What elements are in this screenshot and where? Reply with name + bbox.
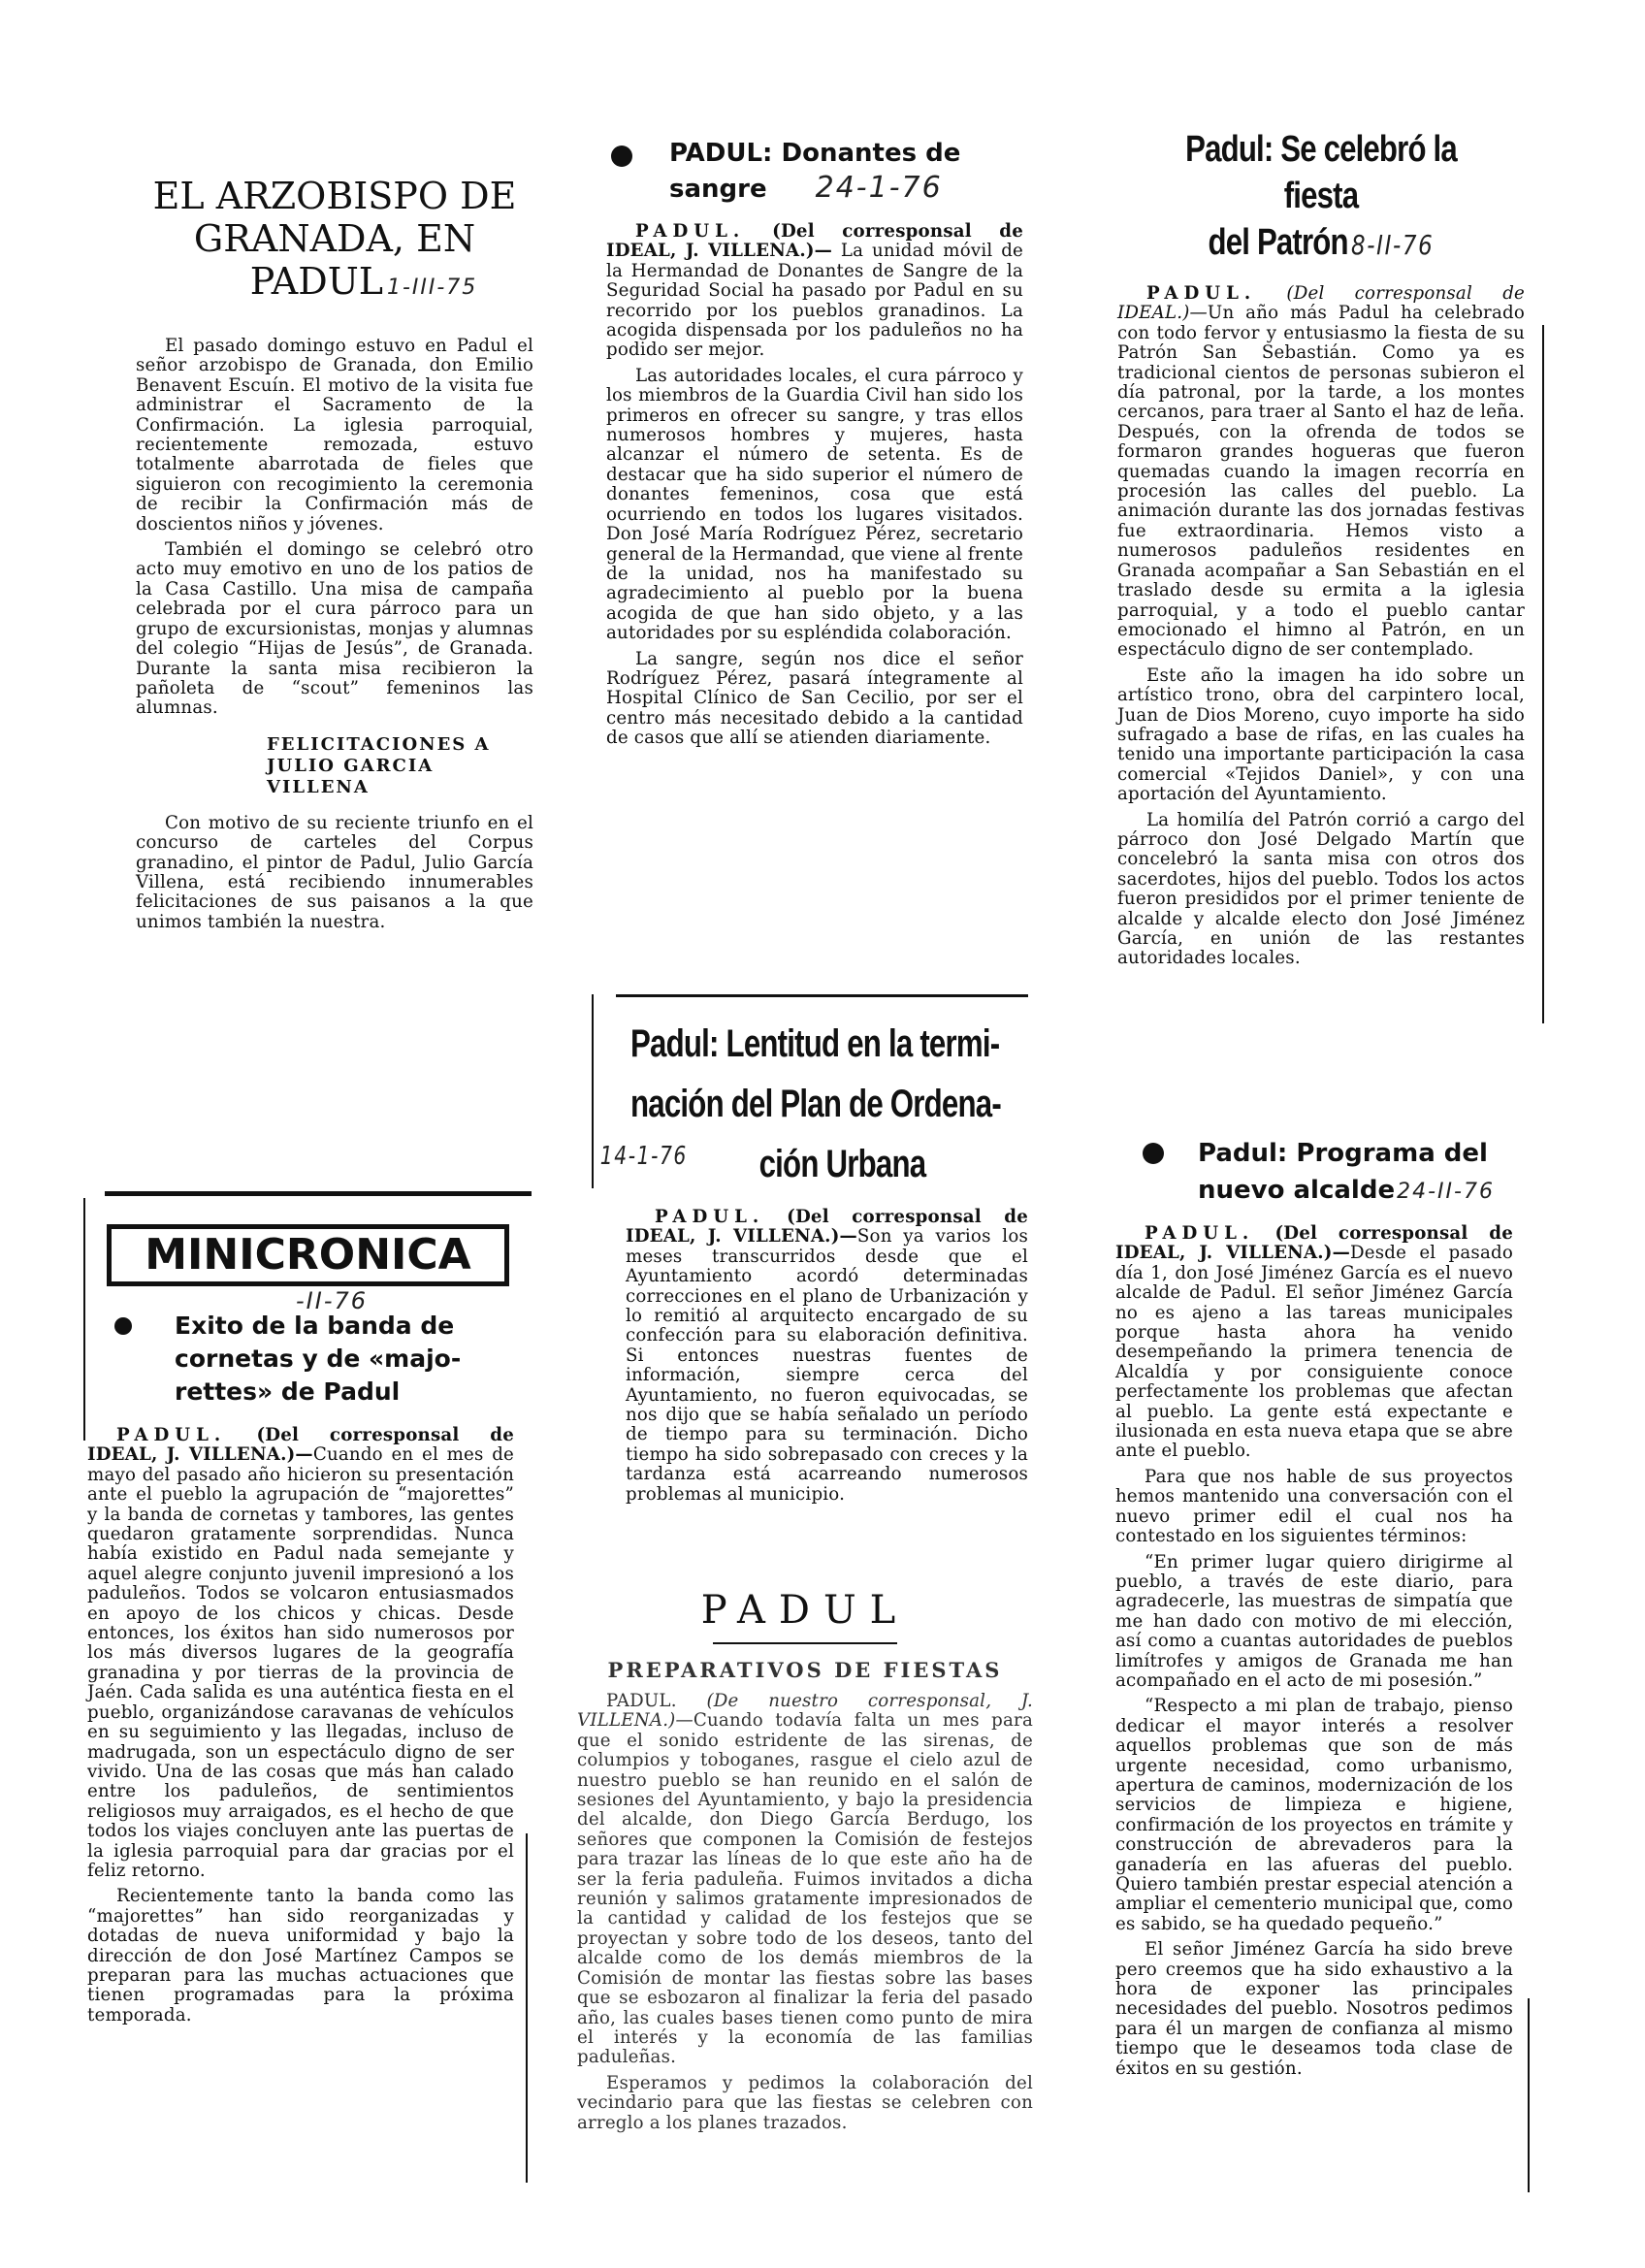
bullet-icon [611, 146, 632, 167]
headline-donantes: PADUL: Donantes de sangre24-1-76 [606, 136, 1023, 207]
handwritten-date: 24-1-76 [816, 171, 943, 205]
headline-lentitud: Padul: Lentitud en la termi- nación del … [630, 1014, 1054, 1194]
column-rule [526, 1833, 528, 2183]
article-fiestas: PADUL PREPARATIVOS DE FIESTAS PADUL. (De… [577, 1586, 1033, 2139]
article-body-felicitaciones: Con motivo de su reciente triunfo en el … [97, 814, 533, 932]
headline-fiestas: PREPARATIVOS DE FIESTAS [577, 1658, 1033, 1682]
column-rule [1528, 1998, 1530, 2192]
article-alcalde: Padul: Programa del nuevo alcalde24-II-7… [1115, 1135, 1523, 2085]
masthead-padul: PADUL [577, 1586, 1033, 1635]
handwritten-date: 24-II-76 [1397, 1180, 1495, 1204]
article-body: PADUL. (Del corresponsal de IDEAL, J. VI… [626, 1208, 1028, 1505]
article-body: PADUL. (Del corresponsal de IDEAL, J. VI… [87, 1426, 514, 2025]
handwritten-date: 1-III-75 [387, 275, 477, 300]
handwritten-date: 8-II-76 [1351, 229, 1434, 261]
article-patron: Padul: Se celebró la fiesta del Patrón8-… [1117, 126, 1525, 975]
minicronica-box: MINICRONICA [107, 1224, 509, 1286]
article-body: PADUL. (Del corresponsal de IDEAL.)—Un a… [1117, 284, 1525, 969]
headline-minicronica: -II-76 Exito de la banda de cornetas y d… [87, 1310, 538, 1409]
subheadline-felicitaciones: FELICITACIONES A JULIO GARCIA VILLENA [267, 734, 533, 798]
article-body: PADUL. (Del corresponsal de IDEAL, J. VI… [1115, 1224, 1513, 2079]
top-rule [105, 1191, 532, 1196]
column-rule [83, 1198, 85, 1441]
bullet-icon [114, 1317, 132, 1335]
article-lentitud: Padul: Lentitud en la termi- nación del … [582, 1014, 1028, 1510]
article-arzobispo: EL ARZOBISPO DE GRANADA, EN PADUL1-III-7… [97, 175, 543, 938]
article-body: PADUL. (De nuestro corresponsal, J. VILL… [577, 1692, 1033, 2133]
article-body: El pasado domingo estuvo en Padul el señ… [97, 337, 533, 719]
article-donantes: PADUL: Donantes de sangre24-1-76 PADUL. … [606, 136, 1023, 755]
headline-arzobispo: EL ARZOBISPO DE GRANADA, EN PADUL1-III-7… [126, 175, 543, 309]
article-body: PADUL. (Del corresponsal de IDEAL, J. VI… [606, 222, 1023, 749]
top-rule [616, 994, 1028, 997]
masthead-underline [713, 1642, 897, 1644]
column-rule [1542, 325, 1544, 1023]
handwritten-date: -II-76 [296, 1284, 368, 1317]
article-minicronica: MINICRONICA -II-76 Exito de la banda de … [87, 1224, 538, 2031]
headline-patron: Padul: Se celebró la fiesta del Patrón8-… [1154, 126, 1488, 269]
handwritten-date: 14-1-76 [600, 1126, 688, 1186]
bullet-icon [1143, 1143, 1164, 1164]
headline-alcalde: Padul: Programa del nuevo alcalde24-II-7… [1115, 1135, 1523, 1211]
